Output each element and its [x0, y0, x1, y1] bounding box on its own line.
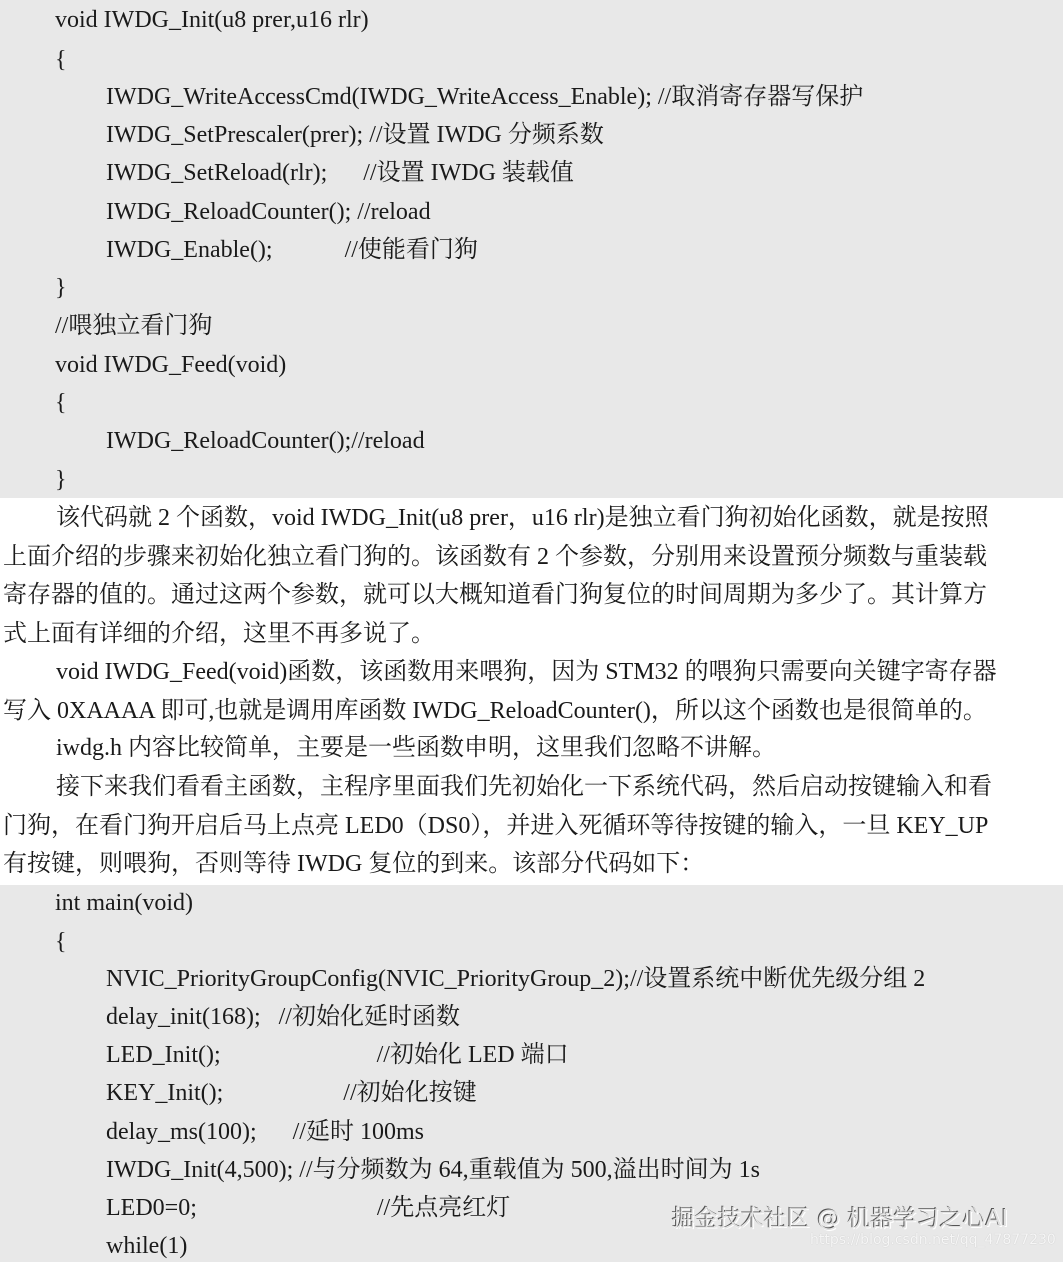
watermark-text: 掘金技术社区 @ 机器学习之心AI	[672, 1200, 1008, 1233]
code-line: IWDG_ReloadCounter(); //reload	[106, 197, 431, 227]
code-line: int main(void)	[55, 888, 193, 918]
paragraph-line: iwdg.h 内容比较简单，主要是一些函数申明，这里我们忽略不讲解。	[0, 729, 1063, 768]
paragraph-line: 接下来我们看看主函数，主程序里面我们先初始化一下系统代码，然后启动按键输入和看	[0, 768, 1063, 807]
paragraph-line: 寄存器的值的。通过这两个参数，就可以大概知道看门狗复位的时间周期为多少了。其计算…	[0, 576, 1063, 615]
code-line: {	[55, 45, 67, 75]
paragraph-line: 有按键，则喂狗，否则等待 IWDG 复位的到来。该部分代码如下：	[0, 845, 1063, 884]
code-line: IWDG_WriteAccessCmd(IWDG_WriteAccess_Ena…	[106, 82, 863, 112]
watermark-url: https://blog.csdn.net/qq_47877230	[810, 1232, 1056, 1248]
code-block-iwdg-functions: void IWDG_Init(u8 prer,u16 rlr) { IWDG_W…	[0, 0, 1063, 498]
paragraph-iwdg-feed-description: void IWDG_Feed(void)函数，该函数用来喂狗，因为 STM32 …	[0, 653, 1063, 730]
code-line: delay_ms(100); //延时 100ms	[106, 1117, 424, 1147]
code-line: void IWDG_Init(u8 prer,u16 rlr)	[55, 5, 369, 35]
code-line: }	[55, 465, 67, 495]
code-line: void IWDG_Feed(void)	[55, 350, 286, 380]
paragraph-main-function-intro: 接下来我们看看主函数，主程序里面我们先初始化一下系统代码，然后启动按键输入和看 …	[0, 768, 1063, 884]
paragraph-line: 上面介绍的步骤来初始化独立看门狗的。该函数有 2 个参数，分别用来设置预分频数与…	[0, 538, 1063, 577]
code-line: IWDG_Init(4,500); //与分频数为 64,重载值为 500,溢出…	[106, 1155, 760, 1185]
paragraph-iwdg-header-note: iwdg.h 内容比较简单，主要是一些函数申明，这里我们忽略不讲解。	[0, 729, 1063, 768]
code-line: {	[55, 388, 67, 418]
code-comment: //喂独立看门狗	[55, 311, 212, 341]
code-line: while(1)	[106, 1231, 187, 1261]
paragraph-iwdg-init-description: 该代码就 2 个函数，void IWDG_Init(u8 prer，u16 rl…	[0, 499, 1063, 653]
code-line: IWDG_SetReload(rlr); //设置 IWDG 装载值	[106, 158, 574, 188]
paragraph-line: 门狗，在看门狗开启后马上点亮 LED0（DS0），并进入死循环等待按键的输入，一…	[0, 807, 1063, 846]
code-line: }	[55, 273, 67, 303]
paragraph-line: 该代码就 2 个函数，void IWDG_Init(u8 prer，u16 rl…	[0, 499, 1063, 538]
code-line: LED_Init(); //初始化 LED 端口	[106, 1040, 569, 1070]
paragraph-line: void IWDG_Feed(void)函数，该函数用来喂狗，因为 STM32 …	[0, 653, 1063, 692]
code-line: IWDG_SetPrescaler(prer); //设置 IWDG 分频系数	[106, 120, 604, 150]
paragraph-line: 式上面有详细的介绍，这里不再多说了。	[0, 615, 1063, 654]
code-line: KEY_Init(); //初始化按键	[106, 1078, 477, 1108]
code-line: LED0=0; //先点亮红灯	[106, 1193, 510, 1223]
code-line: {	[55, 927, 67, 957]
code-line: delay_init(168); //初始化延时函数	[106, 1002, 460, 1032]
code-line: IWDG_ReloadCounter();//reload	[106, 426, 425, 456]
code-line: NVIC_PriorityGroupConfig(NVIC_PriorityGr…	[106, 964, 925, 994]
code-line: IWDG_Enable(); //使能看门狗	[106, 235, 478, 265]
paragraph-line: 写入 0XAAAA 即可,也就是调用库函数 IWDG_ReloadCounter…	[0, 692, 1063, 731]
